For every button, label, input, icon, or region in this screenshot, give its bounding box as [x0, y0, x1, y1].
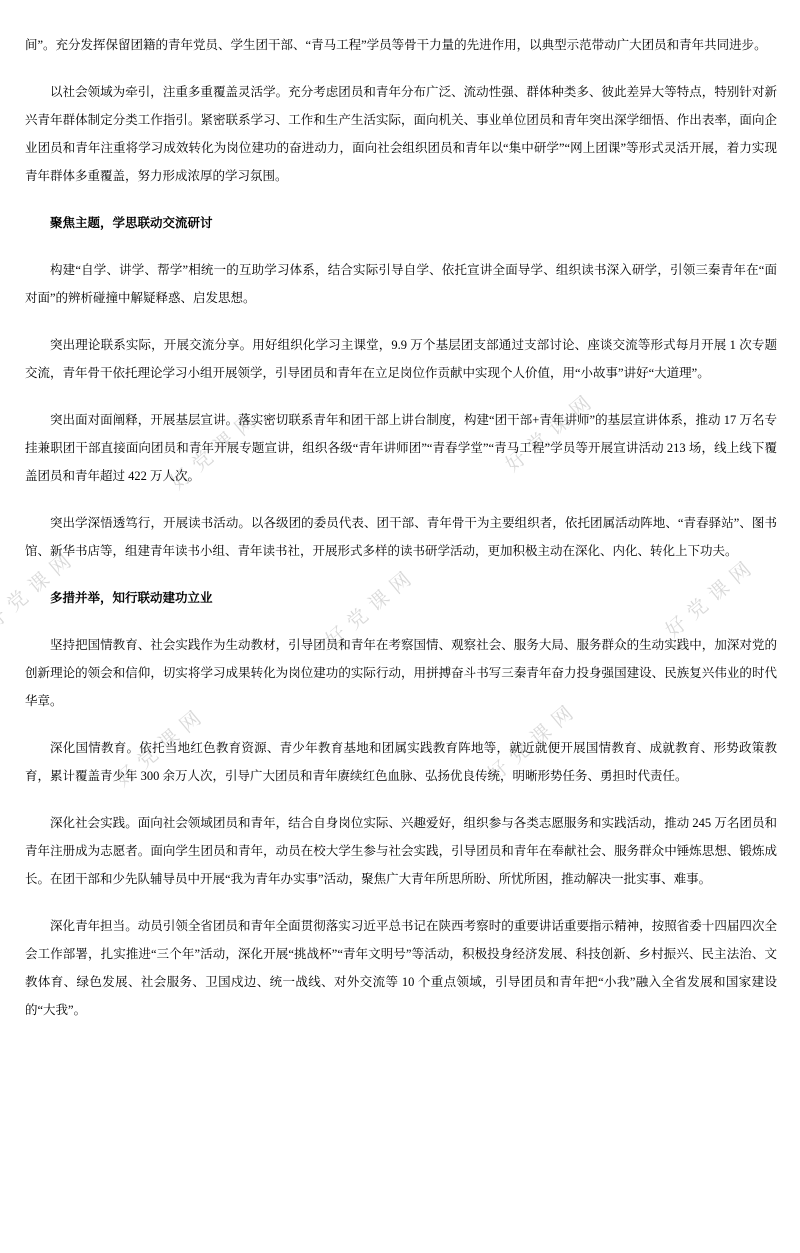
article-paragraph: 构建“自学、讲学、帮学”相统一的互助学习体系，结合实际引导自学、依托宣讲全面导学…: [25, 256, 777, 312]
article-paragraph: 以社会领域为牵引，注重多重覆盖灵活学。充分考虑团员和青年分布广泛、流动性强、群体…: [25, 78, 777, 190]
article-paragraph: 间”。充分发挥保留团籍的青年党员、学生团干部、“青马工程”学员等骨干力量的先进作…: [25, 31, 777, 59]
article-paragraph: 深化社会实践。面向社会领域团员和青年，结合自身岗位实际、兴趣爱好，组织参与各类志…: [25, 809, 777, 893]
article-paragraph: 突出学深悟透笃行，开展读书活动。以各级团的委员代表、团干部、青年骨干为主要组织者…: [25, 509, 777, 565]
article-paragraph: 突出理论联系实际，开展交流分享。用好组织化学习主课堂，9.9 万个基层团支部通过…: [25, 331, 777, 387]
section-heading: 聚焦主题，学思联动交流研讨: [25, 209, 777, 237]
article-content: 间”。充分发挥保留团籍的青年党员、学生团干部、“青马工程”学员等骨干力量的先进作…: [25, 31, 777, 1043]
article-paragraph: 深化国情教育。依托当地红色教育资源、青少年教育基地和团属实践教育阵地等，就近就便…: [25, 734, 777, 790]
article-paragraph: 坚持把国情教育、社会实践作为生动教材，引导团员和青年在考察国情、观察社会、服务大…: [25, 631, 777, 715]
article-paragraph: 深化青年担当。动员引领全省团员和青年全面贯彻落实习近平总书记在陕西考察时的重要讲…: [25, 912, 777, 1024]
article-page: 好党课网好党课网好党课网好党课网好党课网好党课网好党课网好党课网好党课网 间”。…: [0, 0, 800, 1253]
section-heading: 多措并举，知行联动建功立业: [25, 584, 777, 612]
article-paragraph: 突出面对面阐释，开展基层宣讲。落实密切联系青年和团干部上讲台制度，构建“团干部+…: [25, 406, 777, 490]
